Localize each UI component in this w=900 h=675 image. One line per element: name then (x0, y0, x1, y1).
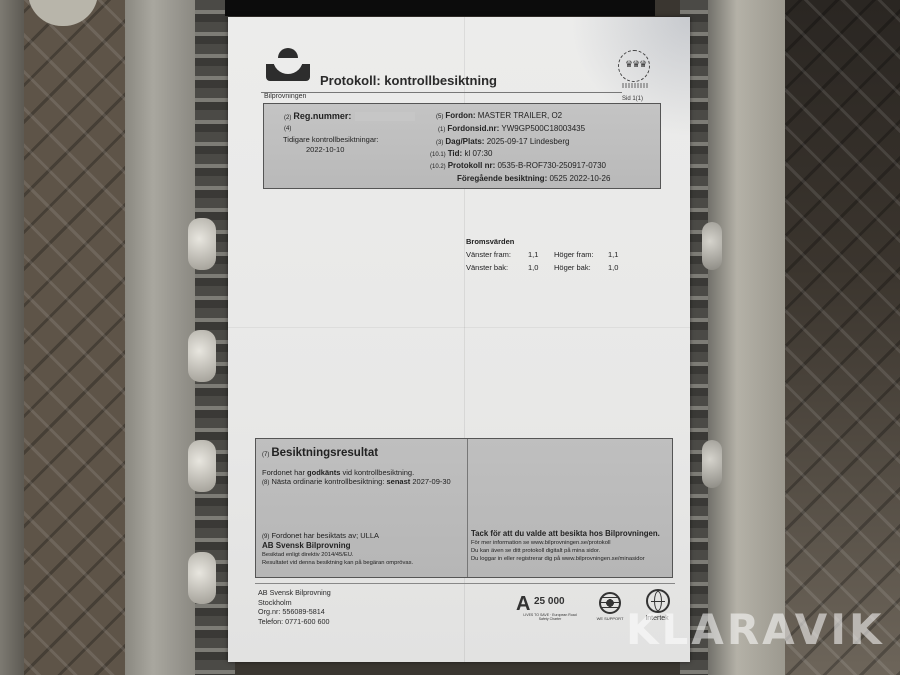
footer-phone: Telefon: 0771-600 600 (258, 617, 331, 627)
metal-rail-right (705, 0, 785, 675)
previous-inspections-label: Tidigare kontrollbesiktningar: (283, 135, 379, 144)
field-4: (4) (284, 123, 293, 132)
swedac-seal-icon: ♛♛♛ (618, 50, 652, 90)
brake-values: Bromsvärden Vänster fram:1,1 Höger fram:… (466, 235, 628, 274)
divider (261, 92, 622, 93)
result-approved-line: Fordonet har godkänts vid kontrollbesikt… (262, 468, 414, 477)
previous-inspection-field: Föregående besiktning: 0525 2022-10-26 (457, 174, 610, 183)
info-link-line: För mer information se www.bilprovningen… (471, 540, 611, 546)
diamond-plate-floor-right (780, 0, 900, 675)
previous-inspections-value: 2022-10-10 (306, 145, 344, 154)
footer-address: AB Svensk Bilprovning Stockholm Org.nr: … (258, 588, 331, 626)
thanks-text: Tack för att du valde att besikta hos Bi… (471, 529, 660, 538)
inspection-protocol-paper: Bilprovningen Protokoll: kontrollbesiktn… (228, 17, 690, 662)
document-title: Protokoll: kontrollbesiktning (320, 73, 497, 88)
page-number: Sid 1(1) (622, 96, 643, 102)
weld (188, 552, 216, 604)
info-line: Du kan även se ditt protokoll digitalt p… (471, 548, 600, 554)
brake-row: Vänster bak:1,0 Höger bak:1,0 (466, 261, 628, 274)
brake-row: Vänster fram:1,1 Höger fram:1,1 (466, 248, 628, 261)
company-name: AB Svensk Bilprovning (262, 541, 350, 550)
metal-edge (0, 0, 24, 675)
weld (702, 222, 722, 270)
inspection-result-box: (7)Besiktningsresultat Fordonet har godk… (255, 438, 673, 578)
inspector-line: (9) Fordonet har besiktats av; ULLA (262, 531, 379, 540)
weld (188, 440, 216, 492)
brake-values-title: Bromsvärden (466, 235, 628, 248)
result-title: (7)Besiktningsresultat (262, 447, 378, 459)
date-place-field: (3)Dag/Plats: 2025-09-17 Lindesberg (436, 137, 569, 146)
vehicle-info-box: (2)Reg.nummer: (4) Tidigare kontrollbesi… (263, 103, 661, 189)
protocol-nr-field: (10.2)Protokoll nr: 0535-B-ROF730-250917… (430, 161, 606, 170)
fold-line (228, 327, 690, 328)
metal-rail-left (125, 0, 195, 675)
vehicle-field: (5)Fordon: MASTER TRAILER, O2 (436, 111, 562, 120)
dark-strip (225, 0, 655, 16)
directive-text: Besiktad enligt direktiv 2014/45/EU. (262, 552, 354, 558)
info-login-line: Du loggar in eller registrerar dig på ww… (471, 556, 645, 562)
divider (467, 439, 468, 577)
time-field: (10.1)Tid: kl 07:30 (430, 149, 492, 158)
weld (188, 330, 216, 382)
vehicle-id-field: (1)Fordonsid.nr: YW9GP500C18003435 (438, 124, 585, 133)
redacted-value (355, 112, 415, 121)
footer-city: Stockholm (258, 598, 331, 608)
reg-number-field: (2)Reg.nummer: (284, 111, 415, 121)
watermark: KLARAVIK (626, 605, 885, 654)
appeal-text: Resultatet vid denna besiktning kan på b… (262, 560, 413, 566)
footer-company: AB Svensk Bilprovning (258, 588, 331, 598)
divider (255, 583, 675, 584)
weld (702, 440, 722, 488)
next-inspection-line: (8) Nästa ordinarie kontrollbesiktning: … (262, 477, 451, 486)
weld (188, 218, 216, 270)
footer-org-nr: Org.nr: 556089-5814 (258, 607, 331, 617)
logo-text: Bilprovningen (264, 93, 306, 100)
globe-icon (599, 592, 621, 614)
bilprovningen-logo (266, 48, 310, 92)
